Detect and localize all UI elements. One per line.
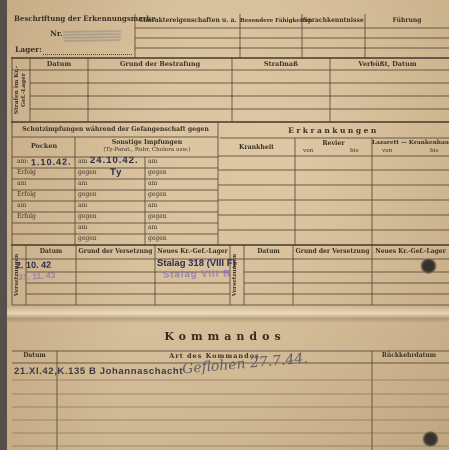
- impf-cell: gegen: [78, 236, 97, 243]
- impf-cell: gegen: [148, 192, 167, 199]
- kommandos-title: Kommandos: [100, 331, 350, 344]
- versetzungen-right-header-grund: Grund der Versetzung: [293, 249, 372, 256]
- pocken-date-stamp: 1.10.42.: [31, 157, 72, 168]
- impf-cell: am: [78, 225, 87, 232]
- erased-stamp: [63, 28, 121, 41]
- impfungen-title: Schutzimpfungen während der Gefangenscha…: [13, 126, 218, 133]
- lazarett-bis-label: bis: [430, 148, 439, 155]
- strafen-header-verbuesst: Verbüßt, Datum: [330, 61, 445, 68]
- kommandos-header-rueckkehrdatum: Rückkehrdatum: [372, 353, 446, 360]
- strafen-side-label: Strafen im Kr.-Gef.-Lager: [14, 60, 28, 120]
- impf-cell: Erfolg: [17, 214, 36, 221]
- versetzungen-right-header-datum: Datum: [244, 249, 293, 256]
- impf-cell: am:: [17, 159, 28, 166]
- transfer2-date-stamp: 31. 11. 43: [18, 270, 56, 282]
- impf-cell: am: [17, 181, 26, 188]
- transfer1-camp-stamp: Stalag 318 (VIII F): [157, 258, 236, 269]
- lazarett-header: Lazarett — Krankenhaus: [372, 140, 449, 147]
- impf-cell: gegen: [148, 236, 167, 243]
- erkrankungen-title: Erkrankungen: [218, 127, 449, 136]
- sonstige-date-stamp: 24.10.42.: [90, 155, 139, 166]
- kommandos-header-datum: Datum: [12, 353, 57, 360]
- revier-header: Revier: [295, 140, 372, 147]
- punch-hole-bottom: [422, 431, 439, 447]
- pow-record-card-scan: Beschriftung der Erkennungsmarke Nr. Lag…: [0, 0, 449, 450]
- lager-blank-line: [43, 45, 132, 55]
- punch-hole-top: [420, 258, 437, 274]
- erkennungsmarke-label: Beschriftung der Erkennungsmarke: [14, 15, 136, 23]
- impf-cell: am: [17, 203, 26, 210]
- col-header-fuehrung: Führung: [365, 18, 449, 25]
- impf-cell: Erfolg: [17, 192, 36, 199]
- pocken-header: Pocken: [13, 143, 75, 150]
- col-header-sprachkenntnisse: Sprachkenntnisse: [302, 18, 365, 25]
- impf-cell: Erfolg: [17, 170, 36, 177]
- krankheit-header: Krankheit: [218, 144, 295, 151]
- kommando-entry-stamp: 21.XI.42,K.135 B Johannaschacht: [14, 366, 183, 377]
- impf-cell: gegen: [78, 192, 97, 199]
- impf-cell: am: [78, 203, 87, 210]
- ty-stamp: Ty: [110, 167, 122, 178]
- sonstige-impfungen-subheader: (Ty-Parat., Ruhr, Cholera usw.): [76, 147, 218, 153]
- transfer1-date-stamp: 2. 10. 42: [16, 260, 51, 271]
- versetzungen-left-header-grund: Grund der Versetzung: [76, 249, 155, 256]
- strafen-header-grund: Grund der Bestrafung: [88, 61, 232, 68]
- strafen-header-datum: Datum: [30, 61, 88, 68]
- impf-cell: gegen: [78, 170, 97, 177]
- impf-cell: gegen: [148, 214, 167, 221]
- impf-cell: am: [148, 203, 157, 210]
- versetzungen-left-header-lager: Neues Kr.-Gef.-Lager: [155, 249, 230, 256]
- impf-cell: gegen: [148, 170, 167, 177]
- revier-von-label: von: [303, 148, 314, 155]
- col-header-besondere-faehigkeiten: Besondere Fähigkeiten: [240, 18, 302, 24]
- sonstige-impfungen-header: Sonstige Impfungen: [76, 139, 218, 146]
- impf-cell: am: [148, 181, 157, 188]
- strafen-header-strafmass: Strafmaß: [232, 61, 330, 68]
- col-header-charaktereigenschaften: Charaktereigenschaften u. a.: [135, 18, 240, 25]
- lazarett-von-label: von: [382, 148, 393, 155]
- versetzungen-right-header-lager: Neues Kr.-Gef.-Lager: [372, 249, 449, 256]
- nr-label: Nr.: [50, 30, 63, 39]
- versetzungen-side-label-right: Versetzungen: [232, 247, 239, 303]
- impf-cell: am: [78, 181, 87, 188]
- impf-cell: am: [78, 159, 87, 166]
- impf-cell: gegen: [78, 214, 97, 221]
- lager-label: Lager:: [15, 46, 42, 55]
- transfer2-camp-stamp: Stalag VIII B: [163, 268, 231, 280]
- revier-bis-label: bis: [350, 148, 359, 155]
- impf-cell: am: [148, 159, 157, 166]
- impf-cell: am: [148, 225, 157, 232]
- versetzungen-left-header-datum: Datum: [26, 249, 76, 256]
